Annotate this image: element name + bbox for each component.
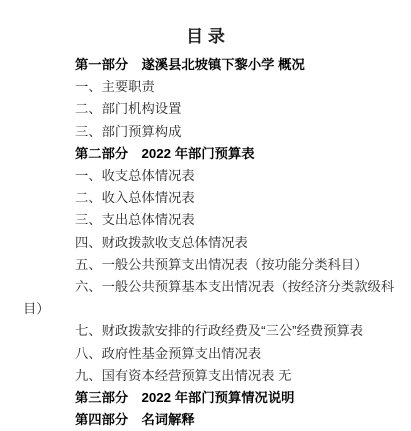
toc-entry: 七、财政拨款安排的行政经费及“三公”经费预算表 — [23, 320, 397, 342]
toc-entry: 六、一般公共预算基本支出情况表（按经济分类款级科目） — [23, 276, 397, 320]
toc-section-heading: 第一部分 遂溪县北坡镇下黎小学 概况 — [23, 54, 397, 76]
toc-title: 目 录 — [0, 27, 411, 47]
toc-entry: 二、部门机构设置 — [23, 98, 397, 120]
toc-entry: 四、财政拨款收支总体情况表 — [23, 232, 397, 254]
document-page: 目 录 第一部分 遂溪县北坡镇下黎小学 概况 一、主要职责 二、部门机构设置 三… — [0, 0, 411, 431]
toc-entry: 九、国有资本经营预算支出情况表 无 — [23, 365, 397, 387]
toc-entry: 一、收支总体情况表 — [23, 165, 397, 187]
toc-section-heading: 第二部分 2022 年部门预算表 — [23, 143, 397, 165]
toc-entry: 五、一般公共预算支出情况表（按功能分类科目） — [23, 254, 397, 276]
toc-entry: 三、部门预算构成 — [23, 121, 397, 143]
toc-entry: 三、支出总体情况表 — [23, 209, 397, 231]
toc-entry: 二、收入总体情况表 — [23, 187, 397, 209]
toc-section-heading: 第三部分 2022 年部门预算情况说明 — [23, 387, 397, 409]
toc-section-heading: 第四部分 名词解释 — [23, 409, 397, 431]
table-of-contents: 第一部分 遂溪县北坡镇下黎小学 概况 一、主要职责 二、部门机构设置 三、部门预… — [0, 54, 411, 431]
toc-entry: 一、主要职责 — [23, 76, 397, 98]
toc-entry: 八、政府性基金预算支出情况表 — [23, 343, 397, 365]
